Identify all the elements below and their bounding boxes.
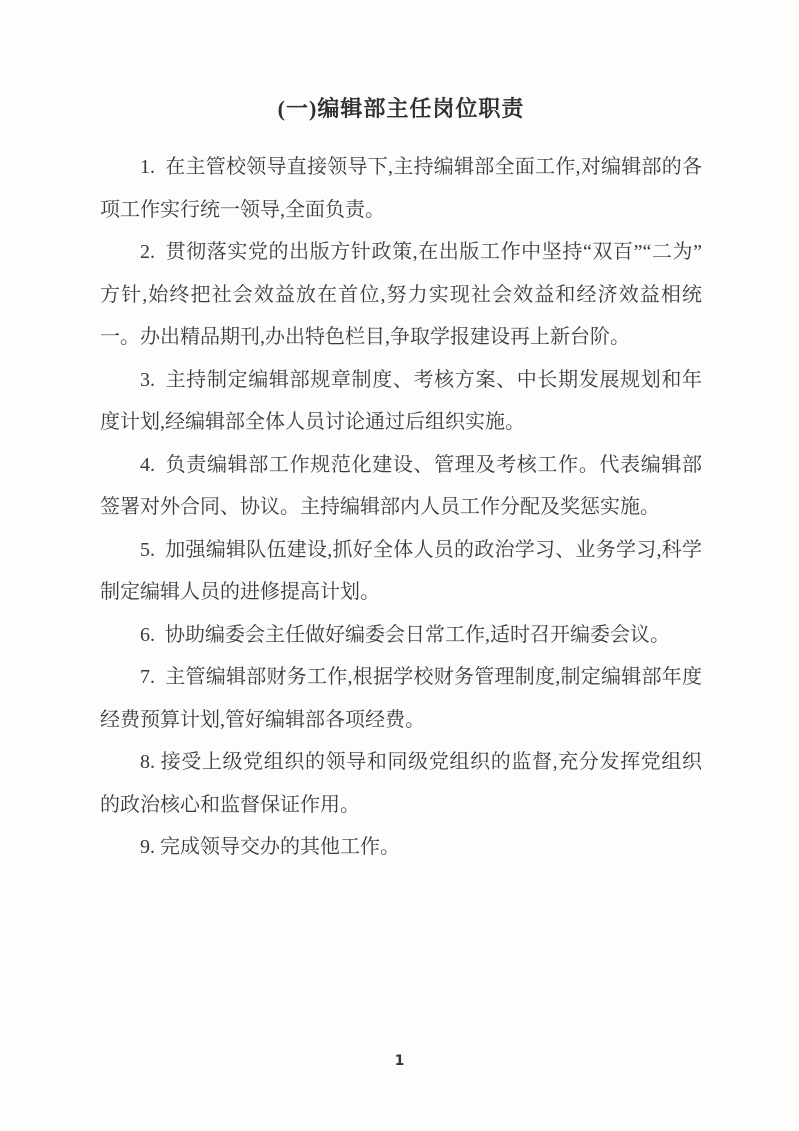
paragraph-1: 1. 在主管校领导直接领导下,主持编辑部全面工作,对编辑部的各项工作实行统一领导… (100, 146, 702, 231)
document-body: 1. 在主管校领导直接领导下,主持编辑部全面工作,对编辑部的各项工作实行统一领导… (100, 146, 702, 869)
document-page: (一)编辑部主任岗位职责 1. 在主管校领导直接领导下,主持编辑部全面工作,对编… (0, 0, 799, 1131)
paragraph-6: 6. 协助编委会主任做好编委会日常工作,适时召开编委会议。 (100, 614, 702, 657)
document-title: (一)编辑部主任岗位职责 (100, 92, 702, 126)
paragraph-2: 2. 贯彻落实党的出版方针政策,在出版工作中坚持“双百”“二为”方针,始终把社会… (100, 231, 702, 359)
paragraph-7: 7. 主管编辑部财务工作,根据学校财务管理制度,制定编辑部年度经费预算计划,管好… (100, 656, 702, 741)
paragraph-3: 3. 主持制定编辑部规章制度、考核方案、中长期发展规划和年度计划,经编辑部全体人… (100, 359, 702, 444)
paragraph-9: 9. 完成领导交办的其他工作。 (100, 826, 702, 869)
paragraph-5: 5. 加强编辑队伍建设,抓好全体人员的政治学习、业务学习,科学制定编辑人员的进修… (100, 529, 702, 614)
page-number: 1 (0, 1053, 799, 1069)
paragraph-8: 8. 接受上级党组织的领导和同级党组织的监督,充分发挥党组织的政治核心和监督保证… (100, 741, 702, 826)
paragraph-4: 4. 负责编辑部工作规范化建设、管理及考核工作。代表编辑部签署对外合同、协议。主… (100, 444, 702, 529)
